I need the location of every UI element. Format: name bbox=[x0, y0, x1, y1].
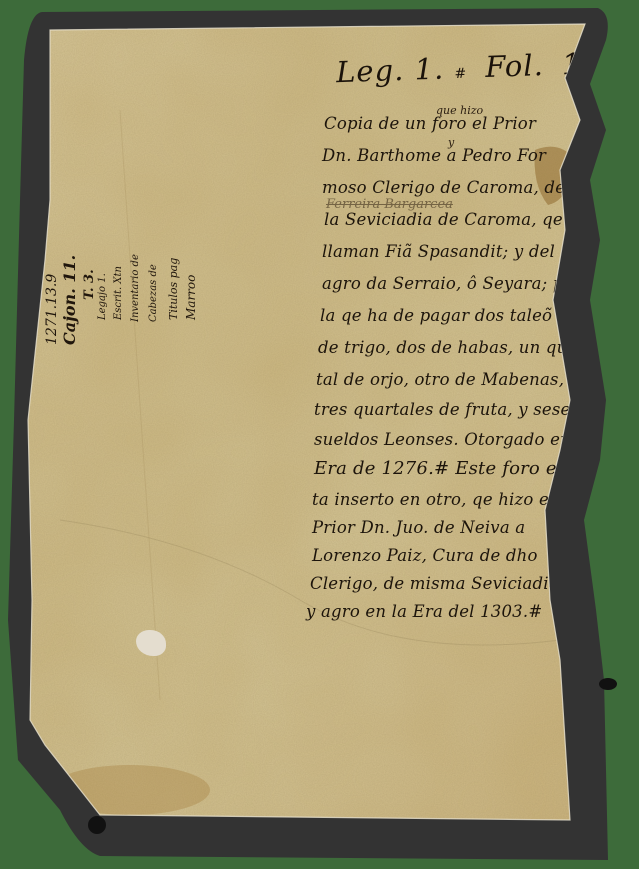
text-line: Clerigo, de misma Seviciadia bbox=[310, 574, 559, 593]
text-line: de trigo, dos de habas, un quar bbox=[318, 338, 586, 357]
folio-label: Fol. bbox=[485, 48, 545, 84]
text-line: llaman Fiã Spasandit; y del bbox=[322, 242, 555, 261]
text-line: agro da Serraio, ô Seyara; pr bbox=[322, 274, 572, 293]
marginal-note: Inventario de bbox=[130, 254, 141, 322]
text-line: ta inserto en otro, qe hizo el bbox=[312, 490, 554, 509]
marginal-note: T. 3. bbox=[82, 269, 97, 300]
marginal-note: Titulos pag bbox=[167, 258, 180, 320]
text-line: sueldos Leonses. Otorgado enla bbox=[314, 430, 586, 449]
text-line: la qe ha de pagar dos taleõ bbox=[320, 306, 552, 325]
marginal-note: Escrit. Xtn bbox=[113, 266, 124, 320]
text-line: Copia de un foro el Prior bbox=[324, 114, 536, 133]
manuscript-text-area: Leg. 1. # Fol. 12. # que hizo y Ferreira… bbox=[0, 0, 639, 869]
text-line: Dn. Barthome a Pedro For bbox=[322, 146, 546, 165]
text-line: tres quartales de fruta, y sesenta bbox=[314, 400, 598, 419]
document-viewer: Leg. 1. # Fol. 12. # que hizo y Ferreira… bbox=[0, 0, 639, 869]
marginal-note: 1271.13.9 bbox=[44, 274, 60, 345]
legajo-label: Leg. 1. bbox=[335, 52, 444, 90]
text-line: Prior Dn. Juo. de Neiva a bbox=[312, 518, 525, 537]
marginal-note: Cabezas de bbox=[148, 264, 159, 322]
text-line: la Seviciadia de Caroma, qe bbox=[324, 210, 563, 229]
heading-mark: # bbox=[454, 66, 467, 82]
text-line: Era de 1276.# Este foro es- bbox=[314, 458, 572, 479]
text-line: Lorenzo Paiz, Cura de dho bbox=[312, 546, 538, 565]
text-line: tal de orjo, otro de Mabenas, bbox=[316, 370, 564, 389]
marginal-note: Marroo bbox=[184, 275, 198, 320]
text-line: y agro en la Era del 1303.# bbox=[306, 602, 542, 621]
marginal-note: Cajon. 11. bbox=[60, 255, 79, 345]
text-line: moso Clerigo de Caroma, de bbox=[322, 178, 565, 197]
marginal-note: Legajo 1. bbox=[97, 273, 108, 320]
